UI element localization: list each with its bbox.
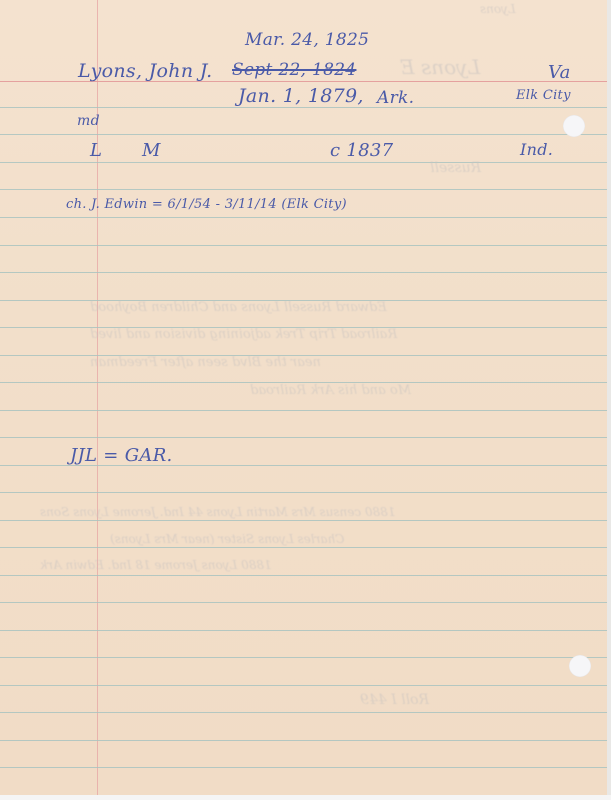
bleed-through-mark: Roll I 449 — [360, 692, 429, 708]
rule — [0, 492, 607, 493]
rule — [0, 162, 607, 163]
person-name: Lyons, John J. — [78, 60, 212, 82]
rule — [0, 272, 607, 273]
gar-note: JJL = GAR. — [70, 445, 173, 466]
bleed-through-mark: Russell — [430, 160, 481, 176]
rule — [0, 685, 607, 686]
bleed-through-mark: 1880 census Mrs Martin Lyons 44 Ind. Jer… — [40, 505, 395, 519]
birth-date-corrected: Mar. 24, 1825 — [245, 30, 369, 50]
rule — [0, 410, 607, 411]
married-label: md — [77, 113, 100, 129]
lined-paper-page: Lyons Lyons E Russell Edward Russell Lyo… — [0, 0, 607, 795]
rule — [0, 547, 607, 548]
bleed-through-mark: Lyons — [480, 2, 516, 16]
bleed-through-mark: near the Blvd seen after Freedman — [90, 355, 321, 370]
rule — [0, 189, 607, 190]
rule — [0, 245, 607, 246]
death-city: Elk City — [516, 88, 571, 103]
spouse-state: Ind. — [520, 140, 553, 159]
rule — [0, 575, 607, 576]
scan-edge-bottom — [0, 795, 611, 800]
bleed-through-mark: 1880 Lyons Jerome 18 Ind. Edwin Ark — [40, 558, 272, 572]
spouse-initial-second: M — [142, 140, 161, 161]
death-date: Jan. 1, 1879, — [238, 85, 364, 107]
spouse-initial-first: L — [90, 140, 102, 161]
rule — [0, 657, 607, 658]
death-place: Ark. — [377, 88, 414, 108]
bleed-through-mark: Charles Lyons Sister (near Mrs Lyons) — [110, 532, 344, 546]
rule — [0, 520, 607, 521]
binder-hole-top — [563, 115, 585, 137]
scan-edge-right — [607, 0, 611, 800]
bleed-through-mark: Mo and his Ark Railroad — [250, 383, 411, 398]
rule — [0, 134, 607, 135]
binder-hole-bottom — [569, 655, 591, 677]
rule — [0, 630, 607, 631]
spouse-birth: c 1837 — [330, 140, 393, 161]
rule — [0, 712, 607, 713]
rule — [0, 217, 607, 218]
bleed-through-mark: Edward Russell Lyons and Children Boyhoo… — [90, 300, 387, 315]
birth-date-struck: Sept 22, 1824 — [232, 60, 356, 80]
child-entry: ch. J. Edwin = 6/1/54 - 3/11/14 (Elk Cit… — [66, 197, 347, 212]
bleed-through-mark: Railroad Trip Trek adjoining division an… — [90, 327, 397, 342]
rule — [0, 437, 607, 438]
rule — [0, 740, 607, 741]
rule — [0, 107, 607, 108]
bleed-through-mark: Lyons E — [400, 55, 480, 79]
rule — [0, 602, 607, 603]
birth-state: Va — [548, 62, 571, 83]
rule — [0, 767, 607, 768]
